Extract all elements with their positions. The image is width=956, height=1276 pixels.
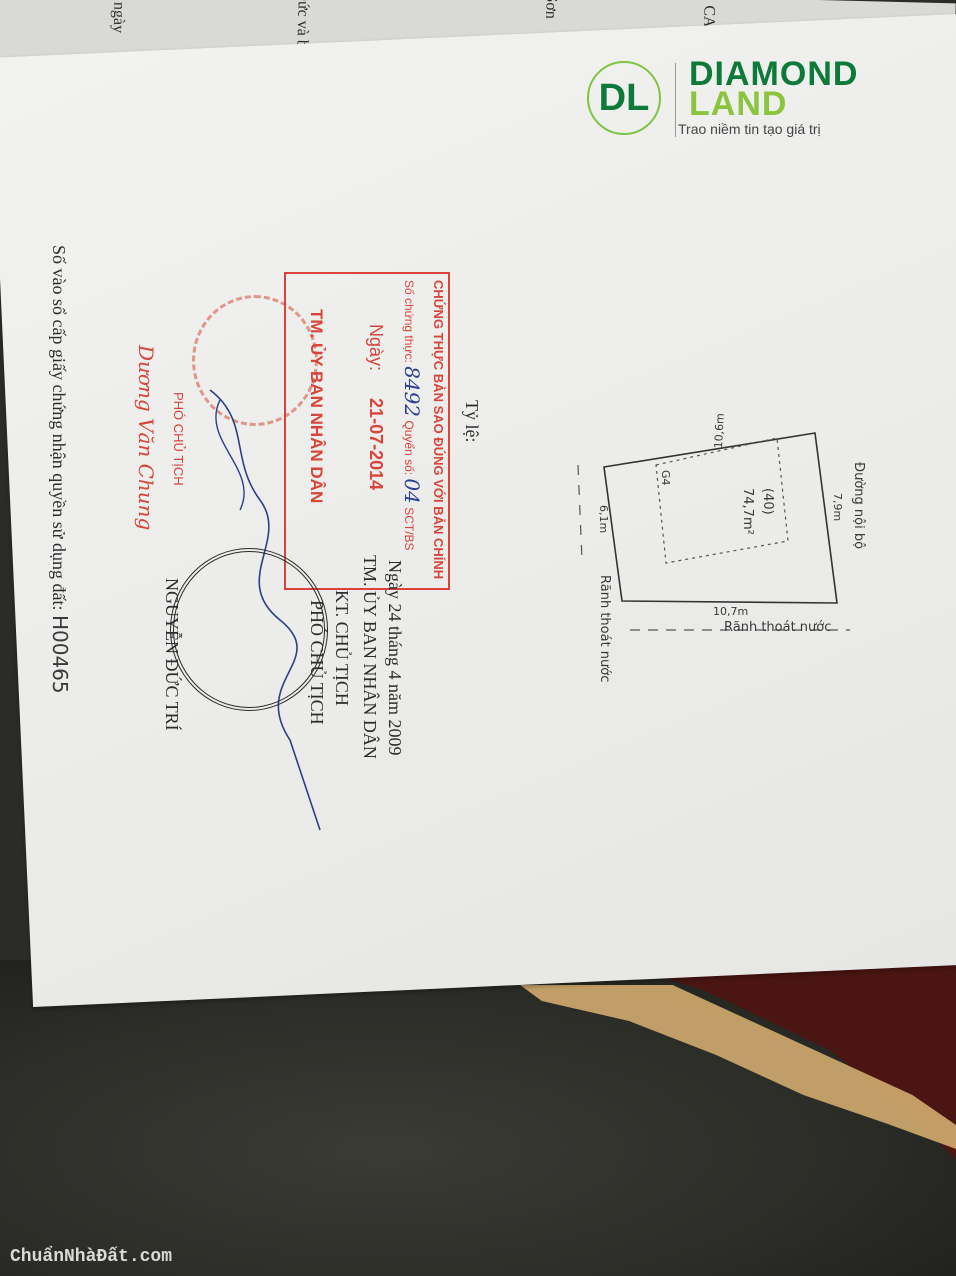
logo-line-2: LAND (689, 85, 787, 124)
issue-role-1: KT. CHỦ TỊCH (331, 590, 352, 706)
side-top: 10,6m (712, 413, 727, 449)
stamp-title: CHỨNG THỰC BẢN SAO ĐÚNG VỚI BẢN CHÍNH (431, 280, 446, 579)
registry-value: H00465 (48, 615, 72, 694)
logo-tagline: Trao niềm tin tạo giá trị (678, 121, 821, 137)
stamp-date-value: 21-07-2014 (366, 398, 386, 490)
signer-name: NGUYỄN ĐỨC TRÍ (161, 578, 182, 731)
issue-date: Ngày 24 tháng 4 năm 2009 (384, 560, 405, 755)
issue-role-2: PHÓ CHỦ TỊCH (306, 600, 327, 725)
drain-left-label: Rãnh thoát nước (597, 575, 612, 682)
site-watermark: ChuẩnNhàĐất.com (10, 1247, 172, 1267)
back-fragment: Sơn (541, 0, 560, 19)
stamp-date-label: Ngày: (366, 324, 386, 371)
logo-divider (675, 63, 676, 137)
black-seal (170, 548, 328, 711)
road-label: Đường nội bộ (851, 462, 866, 549)
side-left: 6,1m (597, 505, 610, 533)
cert-no-label: Số chứng thực: (402, 280, 416, 363)
scale-label: Tỷ lệ: (461, 400, 482, 443)
side-right: 7,9m (831, 493, 844, 521)
book-value: 04 (400, 478, 424, 503)
book-label: Quyển số: (402, 420, 416, 475)
deputy-title: PHÓ CHỦ TỊCH (171, 392, 186, 486)
drain-bottom-label: Rãnh thoát nước (724, 620, 831, 635)
parcel-no: (40) (760, 488, 775, 515)
logo-mark-icon: DL (587, 61, 661, 135)
cert-no-value: 8492 (400, 366, 424, 417)
stamp-cert-line: Số chứng thực: 8492 Quyển số: 04 SCT/BS (400, 280, 424, 551)
deputy-name: Dương Văn Chung (134, 345, 158, 530)
back-fragment: ấp ngày (109, 0, 128, 33)
stamp-date-line: Ngày: 21-07-2014 (365, 324, 386, 490)
issue-org: TM. ỦY BAN NHÂN DÂN (359, 555, 380, 759)
diamond-land-logo: DL DIAMOND LAND Trao niềm tin tạo giá tr… (585, 55, 905, 145)
registry-label: Số vào sổ cấp giấy chứng nhận quyền sử d… (49, 245, 69, 610)
side-bottom: 10,7m (713, 605, 748, 618)
book-suffix: SCT/BS (402, 507, 416, 550)
registry-line: Số vào sổ cấp giấy chứng nhận quyền sử d… (48, 245, 72, 694)
building-label: G4 (659, 470, 672, 486)
parcel-area: 74,7m² (740, 488, 755, 535)
